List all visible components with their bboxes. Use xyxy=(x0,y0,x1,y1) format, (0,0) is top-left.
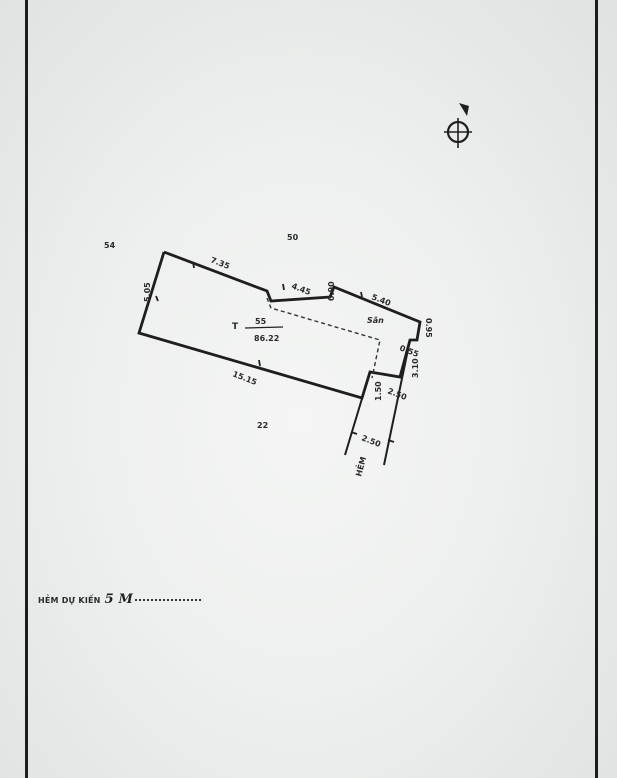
dim-right-2: 3.10 xyxy=(411,358,420,378)
alley-right-line xyxy=(384,340,410,465)
fraction-bar xyxy=(245,327,283,328)
neighbor-parcel-50: 50 xyxy=(287,233,299,242)
plot-boundary xyxy=(139,252,420,398)
neighbor-parcel-54: 54 xyxy=(104,241,116,250)
dim-top-2: 4.45 xyxy=(290,281,312,297)
plot-diagram: 54 50 22 T 55 86.22 Sân 5.05 7.35 4.45 0… xyxy=(0,0,617,778)
planned-alley-note: HẺM DỰ KIẾN5 M xyxy=(38,592,201,607)
neighbor-parcel-22: 22 xyxy=(257,421,268,430)
dim-left-side: 5.05 xyxy=(143,282,152,302)
planned-alley-label: HẺM DỰ KIẾN xyxy=(38,596,101,605)
dotted-fill-line xyxy=(135,599,201,601)
dim-step-2: 0.55 xyxy=(398,343,420,359)
alley-label: HẺM xyxy=(352,455,368,477)
dim-top-1: 7.35 xyxy=(209,255,231,271)
north-arrow-icon xyxy=(444,103,472,148)
land-type: T xyxy=(232,322,239,332)
dim-notch-vertical: 1.50 xyxy=(374,381,383,401)
yard-label: Sân xyxy=(367,316,384,325)
dim-right-1: 0.95 xyxy=(424,318,433,338)
planned-alley-width: 5 M xyxy=(105,592,134,607)
dim-alley-width: 2.50 xyxy=(360,433,382,449)
dimension-ticks xyxy=(156,262,394,442)
dim-bottom-main: 15.15 xyxy=(231,369,258,387)
yard-boundary-dashed xyxy=(267,298,380,378)
dim-step-1: 0.90 xyxy=(327,281,336,301)
parcel-number: 55 xyxy=(255,317,267,326)
plot-area: 86.22 xyxy=(254,334,279,343)
